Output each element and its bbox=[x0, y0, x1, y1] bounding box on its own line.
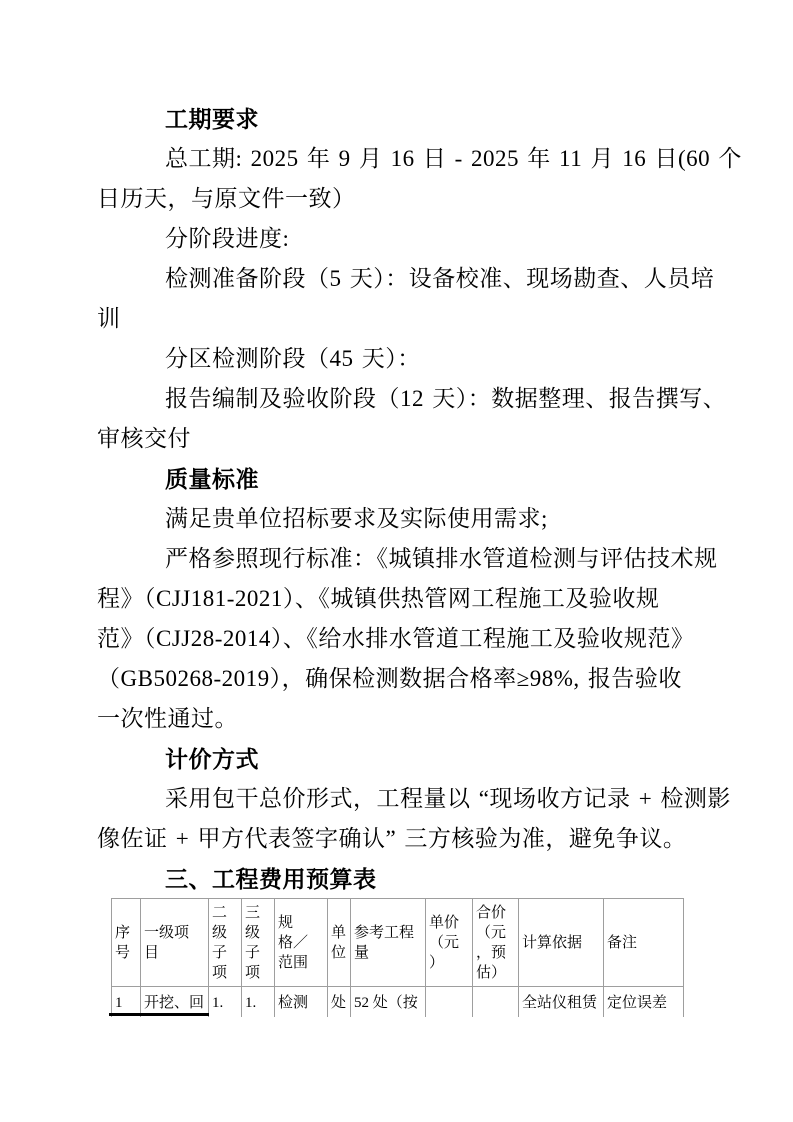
doc-line: 严格参照现行标准：《城镇排水管道检测与评估技术规 bbox=[97, 539, 709, 579]
header-cell: 单 位 bbox=[328, 899, 351, 987]
doc-line: 采用包干总价形式，工程量以 “现场收方记录 + 检测影 bbox=[97, 779, 709, 819]
doc-line: 程》（CJJ181-2021）、《城镇供热管网工程施工及验收规 bbox=[97, 579, 709, 619]
table-cell: 定位误差 bbox=[604, 987, 684, 1018]
table-cell: 1. bbox=[209, 987, 242, 1018]
doc-line: 满足贵单位招标要求及实际使用需求; bbox=[97, 499, 709, 539]
header-cell: 单价 （元 ） bbox=[426, 899, 473, 987]
header-cell: 计算依据 bbox=[519, 899, 604, 987]
header-cell: 三 级 子 项 bbox=[242, 899, 275, 987]
table-cell: 1. bbox=[242, 987, 275, 1018]
header-cell: 参考工程 量 bbox=[351, 899, 426, 987]
budget-table: 序 号一级项 目二 级 子 项三 级 子 项规 格／ 范围单 位参考工程 量单价… bbox=[111, 898, 684, 1017]
doc-line: （GB50268-2019），确保检测数据合格率≥98%, 报告验收 bbox=[97, 659, 709, 699]
doc-line: 训 bbox=[97, 299, 709, 339]
doc-heading: 三、工程费用预算表 bbox=[97, 859, 709, 899]
doc-line: 分阶段进度: bbox=[97, 219, 709, 259]
header-cell: 合价 （元 ，预 估） bbox=[473, 899, 519, 987]
doc-line: 像佐证 + 甲方代表签字确认” 三方核验为准，避免争议。 bbox=[97, 819, 709, 859]
header-cell: 序 号 bbox=[112, 899, 141, 987]
table-cell: 全站仪租赁 bbox=[519, 987, 604, 1018]
doc-line: 日历天，与原文件一致） bbox=[97, 179, 709, 219]
table-header-row: 序 号一级项 目二 级 子 项三 级 子 项规 格／ 范围单 位参考工程 量单价… bbox=[112, 899, 684, 987]
doc-heading: 工期要求 bbox=[97, 99, 709, 139]
doc-line: 分区检测阶段（45 天）： bbox=[97, 339, 709, 379]
budget-table-wrap: 序 号一级项 目二 级 子 项三 级 子 项规 格／ 范围单 位参考工程 量单价… bbox=[111, 898, 685, 1017]
table-cell: 52 处（按 bbox=[351, 987, 426, 1018]
document-body: 工期要求总工期: 2025 年 9 月 16 日 - 2025 年 11 月 1… bbox=[97, 99, 709, 899]
doc-heading: 计价方式 bbox=[97, 739, 709, 779]
doc-line: 一次性通过。 bbox=[97, 699, 709, 739]
doc-heading: 质量标准 bbox=[97, 459, 709, 499]
table-cell bbox=[473, 987, 519, 1018]
header-cell: 一级项 目 bbox=[141, 899, 209, 987]
header-cell: 规 格／ 范围 bbox=[275, 899, 328, 987]
table-cell: 处 bbox=[328, 987, 351, 1018]
header-cell: 备注 bbox=[604, 899, 684, 987]
header-cell: 二 级 子 项 bbox=[209, 899, 242, 987]
doc-line: 总工期: 2025 年 9 月 16 日 - 2025 年 11 月 16 日(… bbox=[97, 139, 709, 179]
table-cell bbox=[426, 987, 473, 1018]
table-cell: 检测 bbox=[275, 987, 328, 1018]
doc-line: 报告编制及验收阶段（12 天）：数据整理、报告撰写、 bbox=[97, 379, 709, 419]
page-break-cut-line bbox=[109, 1013, 209, 1016]
doc-line: 检测准备阶段（5 天）：设备校准、现场勘查、人员培 bbox=[97, 259, 709, 299]
doc-line: 范》（CJJ28-2014）、《给水排水管道工程施工及验收规范》 bbox=[97, 619, 709, 659]
document-page: 工期要求总工期: 2025 年 9 月 16 日 - 2025 年 11 月 1… bbox=[0, 0, 793, 1122]
doc-line: 审核交付 bbox=[97, 419, 709, 459]
